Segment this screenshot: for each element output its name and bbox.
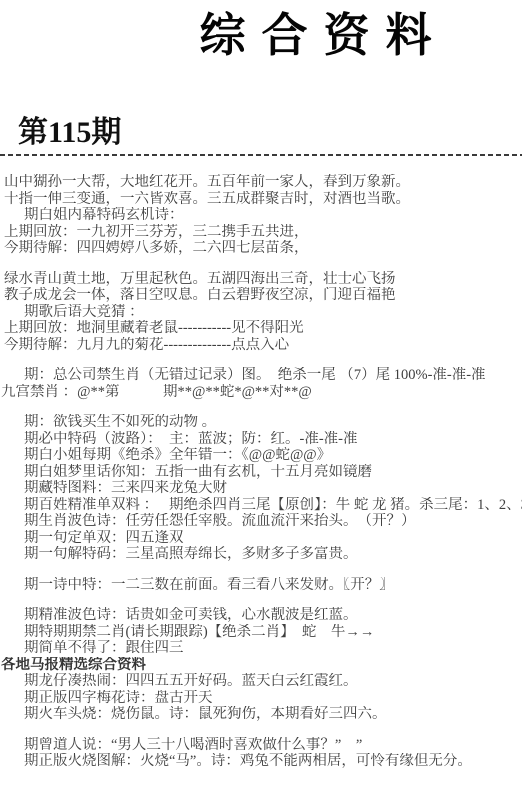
text-line: 期生肖波色诗：任劳任怨任宰般。流血流汗来抬头。 （开？）: [0, 513, 522, 530]
text-line: 期百姓精准单双料 ： 期绝杀四肖三尾【原创】：牛 蛇 龙 猪。杀三尾：1、2、3…: [0, 497, 522, 514]
text-line: 期：总公司禁生肖（无错过记录）图。 绝杀一尾 （7）尾 100%-准-准-准: [0, 367, 522, 384]
text-line: 期龙仔凑热闹：四四五五开好码。蓝天白云红霞红。: [0, 673, 522, 690]
content-lines: 山中猢孙一大帮，大地红花开。五百年前一家人，春到万象新。十指一伸三变通，一六皆欢…: [0, 174, 522, 770]
text-line: 教子成龙会一体，落日空叹息。白云碧野夜空凉，门迎百福艳: [0, 287, 522, 304]
issue-number: 第115期: [18, 116, 522, 150]
text-line: 期白姐内幕特码玄机诗：: [0, 207, 522, 224]
text-line: 期曾道人说：“男人三十八喝酒时喜欢做什么事？” ”: [0, 737, 522, 754]
text-line: 期必中特码（波路）： 主：蓝波；防：红。-准-准-准: [0, 431, 522, 448]
text-line: 绿水青山黄土地，万里起秋色。五湖四海出三奇，壮士心飞扬: [0, 271, 522, 288]
page-title: 综合资料: [0, 6, 522, 66]
text-line: 期一句定单双：四五逢双: [0, 530, 522, 547]
text-line: 期精准波色诗：话贵如金可卖钱，心水靓波是红蓝。: [0, 607, 522, 624]
text-line: 期白小姐每期《绝杀》全年错一：《@@蛇@@》: [0, 447, 522, 464]
page: 综合资料 第115期 山中猢孙一大帮，大地红花开。五百年前一家人，春到万象新。十…: [0, 0, 522, 800]
text-line: 期白姐梦里话你知：五指一曲有玄机，十五月亮如镜磨: [0, 464, 522, 481]
text-line: 期一句解特码：三星高照寿绵长，多财多子多富贵。: [0, 546, 522, 563]
text-line: 山中猢孙一大帮，大地红花开。五百年前一家人，春到万象新。: [0, 174, 522, 191]
text-line: 期藏特图料：三来四来龙兔大财: [0, 480, 522, 497]
text-line: 期歌后语大竞猜 ：: [0, 304, 522, 321]
text-line: 九宫禁肖 ：@**第 期**@**蛇*@**对**@: [0, 384, 522, 401]
text-line: 各地马报精选综合资料: [0, 657, 522, 674]
text-line: 期特期期禁二肖(请长期跟踪)【绝杀二肖】 蛇 牛→→: [0, 624, 522, 641]
text-line: 期正版四字梅花诗：盘古开天: [0, 690, 522, 707]
text-line: 今期待解：九月九的菊花--------------点点入心: [0, 337, 522, 354]
text-line: 期火车头烧：烧伤鼠。诗：鼠死狗伤，本期看好三四六。: [0, 706, 522, 723]
text-line: 期：欲钱买生不如死的动物 。: [0, 414, 522, 431]
text-line: 十指一伸三变通，一六皆欢喜。三五成群聚吉时，对酒也当歌。: [0, 191, 522, 208]
text-line: 上期回放：地洞里藏着老鼠-----------见不得阳光: [0, 320, 522, 337]
text-line: 今期待解：四四娉婷八多娇，二六四七层苗条，: [0, 240, 522, 257]
text-line: 期正版火烧图解：火烧“马”。诗：鸡兔不能两相居，可怜有缘但无分。: [0, 753, 522, 770]
text-line: 期简单不得了：跟住四三: [0, 640, 522, 657]
dashed-separator: [0, 154, 522, 156]
text-line: 期一诗中特：一二三数在前面。看三看八来发财。〖开？〗: [0, 577, 522, 594]
text-line: 上期回放：一九初开三芬芳，三二携手五共进，: [0, 224, 522, 241]
